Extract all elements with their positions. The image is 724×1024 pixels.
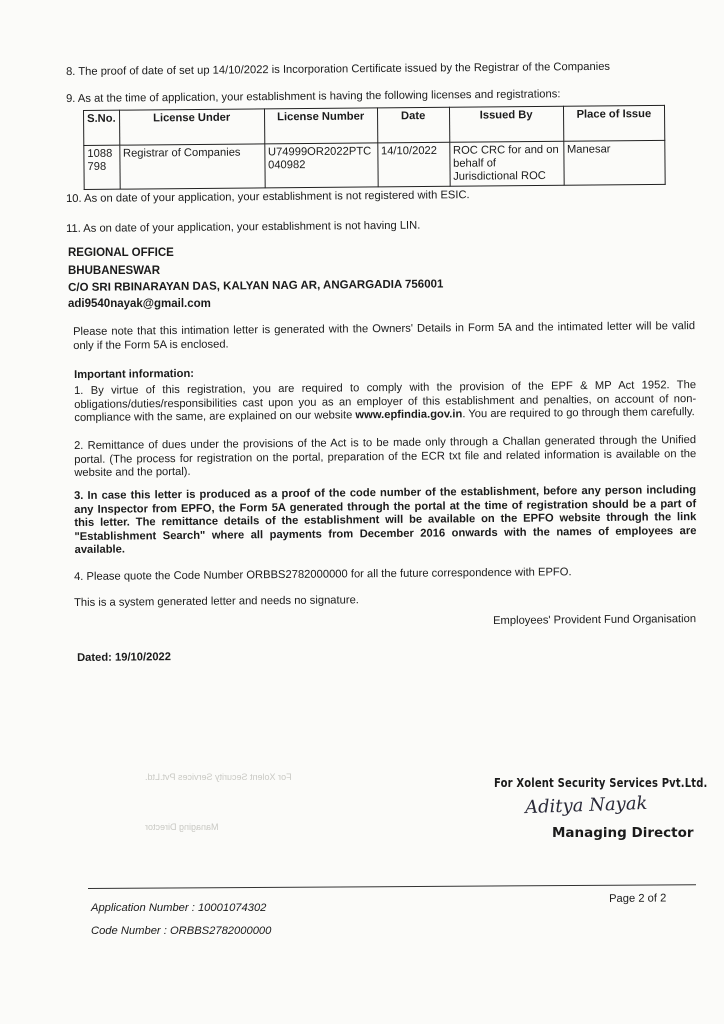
important-item-3: 3. In case this letter is produced as a … — [74, 484, 697, 558]
cell-license-under: Registrar of Companies — [119, 144, 264, 189]
col-sno: S.No. — [84, 110, 120, 145]
signature: Aditya Nayak — [525, 793, 648, 818]
point-9: 9. As at the time of application, your e… — [66, 88, 560, 105]
col-issued-by: Issued By — [449, 106, 563, 142]
stamp-title: Managing Director — [552, 825, 694, 841]
important-item-2: 2. Remittance of dues under the provisio… — [74, 434, 696, 481]
table-row: 1088798 Registrar of Companies U74999OR2… — [84, 140, 665, 189]
stamp-company: For Xolent Security Services Pvt.Ltd. — [494, 775, 708, 790]
table-header-row: S.No. License Under License Number Date … — [84, 105, 665, 145]
col-license-number: License Number — [264, 108, 377, 144]
organisation-name: Employees' Provident Fund Organisation — [493, 613, 696, 627]
system-generated-note: This is a system generated letter and ne… — [74, 594, 359, 609]
point-11: 11. As on date of your application, your… — [66, 220, 420, 235]
col-place-of-issue: Place of Issue — [563, 105, 665, 141]
address-city: BHUBANESWAR — [68, 265, 160, 277]
epf-website-link[interactable]: www.epfindia.gov.in — [355, 408, 462, 421]
bleed-through-company: For Xolent Security Services Pvt.Ltd. — [145, 772, 292, 782]
cell-place-of-issue: Manesar — [563, 140, 665, 185]
license-table: S.No. License Under License Number Date … — [83, 105, 666, 190]
intimation-note: Please note that this intimation letter … — [73, 320, 695, 353]
address-email: adi9540nayak@gmail.com — [68, 298, 211, 310]
important-item-1: 1. By virtue of this registration, you a… — [74, 379, 696, 426]
important-heading: Important information: — [74, 368, 194, 381]
cell-date: 14/10/2022 — [377, 142, 449, 187]
cell-sno: 1088798 — [84, 145, 120, 189]
point-10: 10. As on date of your application, your… — [66, 189, 470, 205]
col-date: Date — [377, 107, 449, 143]
code-number: Code Number : ORBBS2782000000 — [91, 925, 271, 937]
col-license-under: License Under — [119, 109, 264, 145]
dated: Dated: 19/10/2022 — [77, 651, 171, 664]
page-number: Page 2 of 2 — [609, 892, 666, 905]
point-8: 8. The proof of date of set up 14/10/202… — [66, 61, 610, 78]
address-office: REGIONAL OFFICE — [68, 247, 174, 259]
bleed-through-title: Managing Director — [145, 822, 219, 832]
address-line: C/O SRI RBINARAYAN DAS, KALYAN NAG AR, A… — [68, 278, 443, 294]
footer-divider — [88, 884, 696, 889]
application-number: Application Number : 10001074302 — [91, 902, 266, 914]
item1-text-end: . You are required to go through them ca… — [462, 406, 694, 420]
cell-license-number: U74999OR2022PTC040982 — [264, 143, 377, 188]
important-item-4: 4. Please quote the Code Number ORBBS278… — [74, 566, 572, 583]
cell-issued-by: ROC CRC for and on behalf of Jurisdictio… — [449, 141, 563, 186]
